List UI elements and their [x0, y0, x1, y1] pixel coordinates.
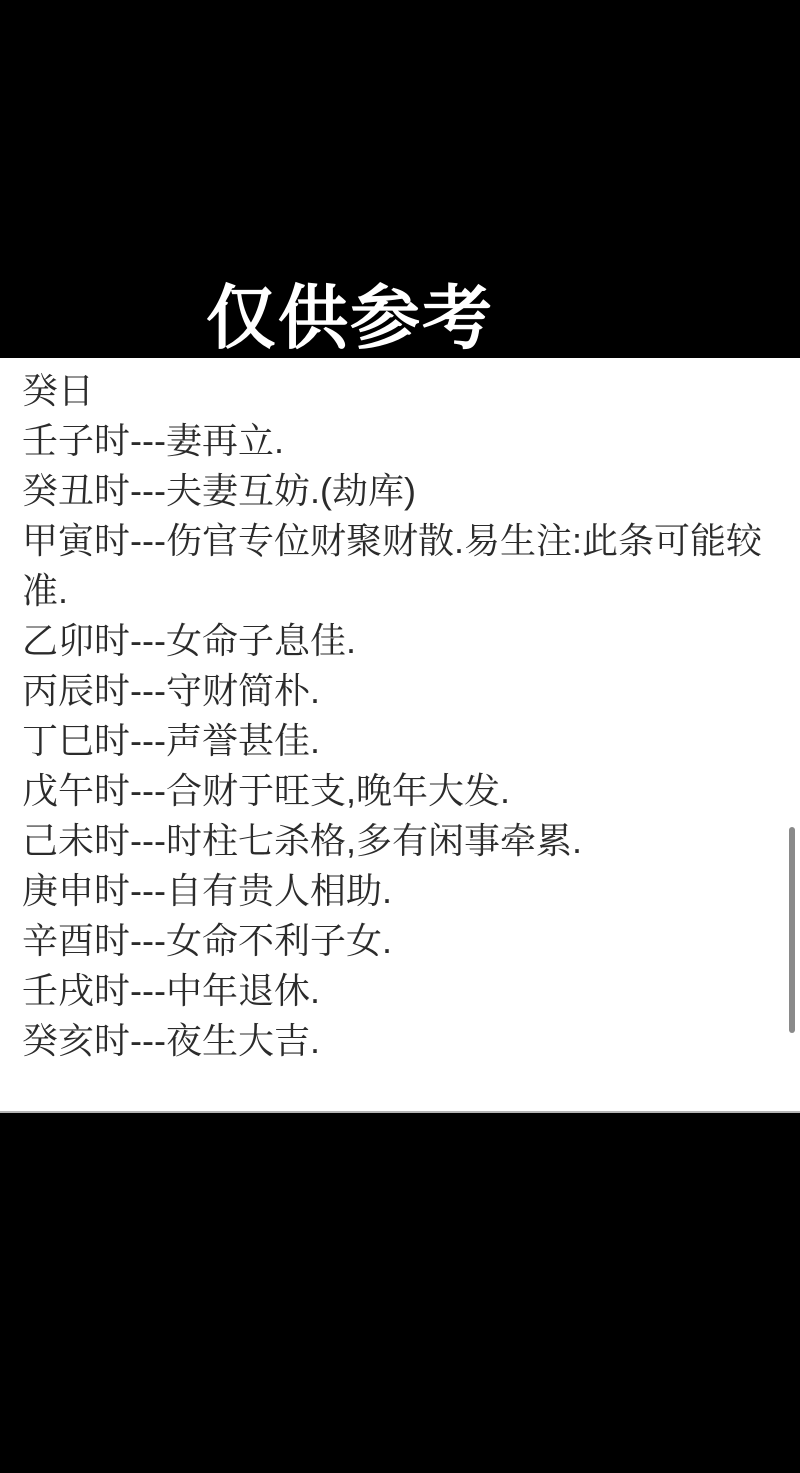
entry-line: 丁巳时---声誉甚佳.: [22, 716, 788, 766]
entry-line: 戊午时---合财于旺支,晚年大发.: [22, 766, 788, 816]
entry-line: 壬子时---妻再立.: [22, 416, 788, 466]
scrollbar-thumb[interactable]: [789, 827, 795, 1033]
entry-line: 癸亥时---夜生大吉.: [22, 1016, 788, 1066]
entry-line: 丙辰时---守财简朴.: [22, 666, 788, 716]
entry-line: 己未时---时柱七杀格,多有闲事牵累.: [22, 816, 788, 866]
entry-line: 辛酉时---女命不利子女.: [22, 916, 788, 966]
entry-line: 壬戌时---中年退休.: [22, 966, 788, 1016]
entry-line: 甲寅时---伤官专位财聚财散.易生注:此条可能较准.: [22, 516, 788, 616]
entry-line: 乙卯时---女命子息佳.: [22, 616, 788, 666]
bottom-letterbox: [0, 1113, 800, 1471]
top-letterbox: 仅供参考: [0, 0, 800, 358]
entry-line: 庚申时---自有贵人相助.: [22, 866, 788, 916]
entry-line: 癸丑时---夫妻互妨.(劫库): [22, 466, 788, 516]
day-stem-heading: 癸日: [22, 366, 788, 416]
document-text-area: 癸日 壬子时---妻再立. 癸丑时---夫妻互妨.(劫库) 甲寅时---伤官专位…: [0, 358, 800, 1113]
banner-title: 仅供参考: [206, 283, 494, 358]
screenshot-root: 仅供参考 癸日 壬子时---妻再立. 癸丑时---夫妻互妨.(劫库) 甲寅时--…: [0, 0, 800, 1473]
